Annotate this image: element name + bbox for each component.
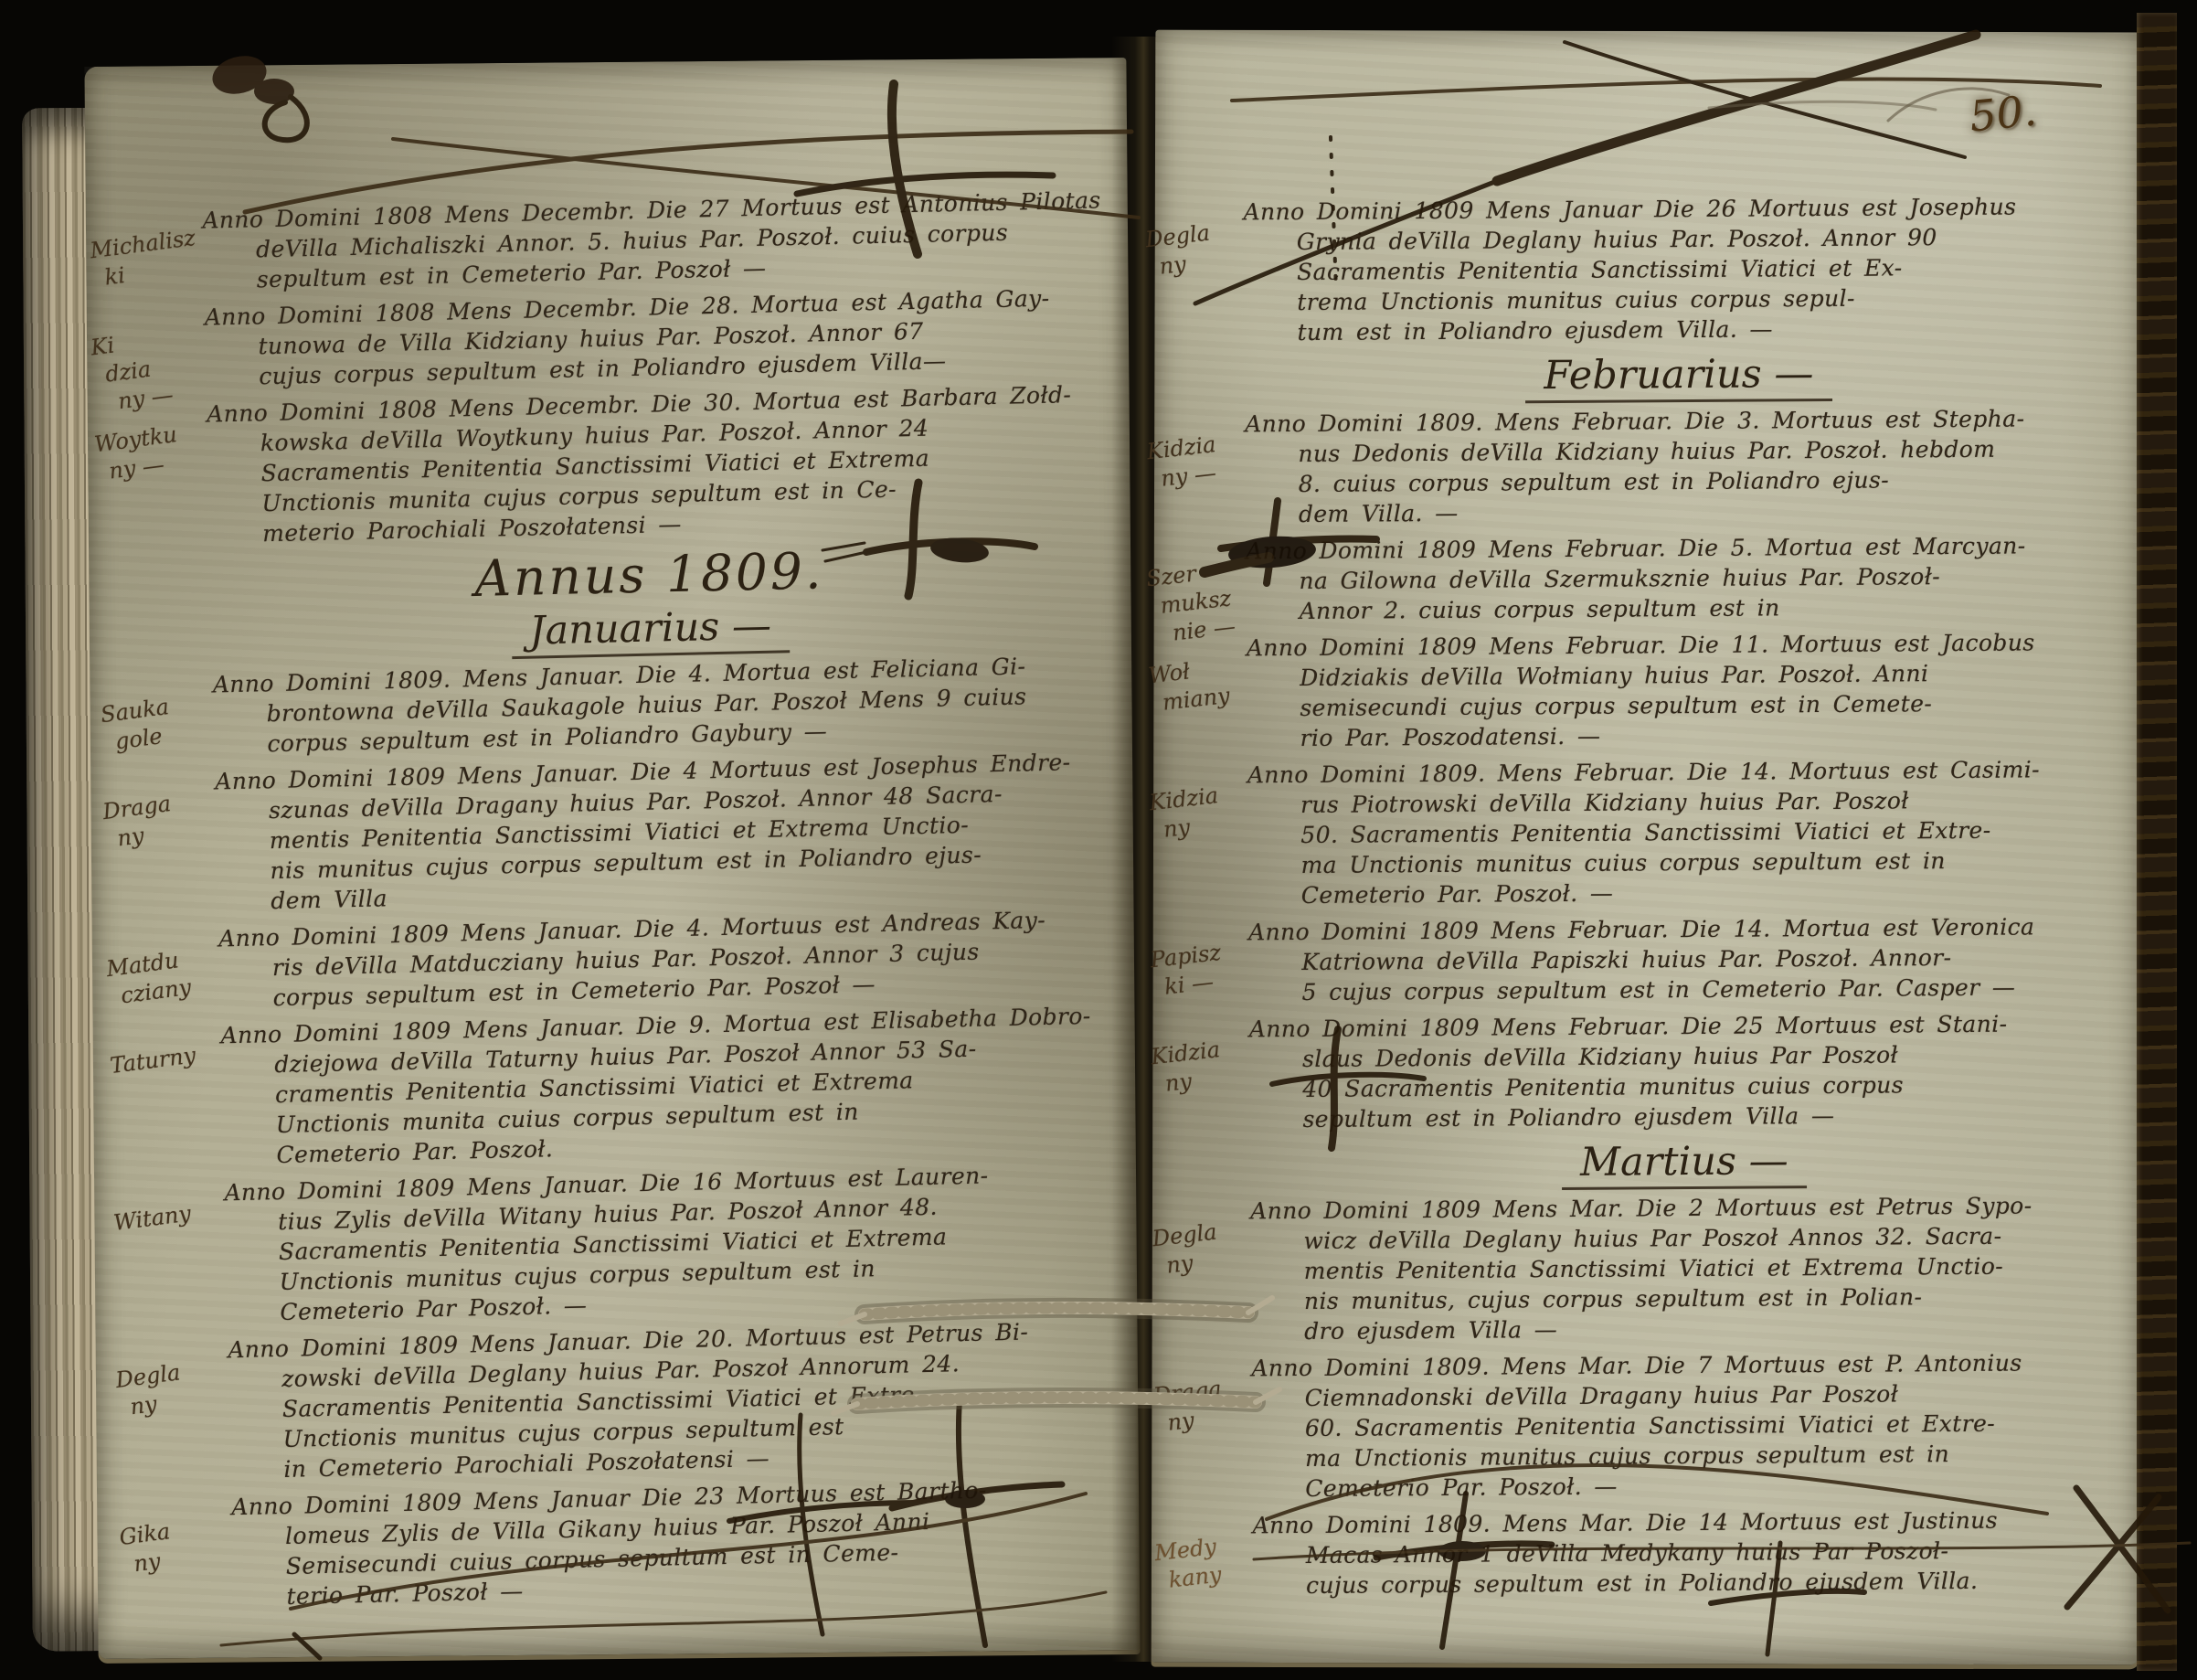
heading-text: Januarius — xyxy=(511,602,791,659)
entry-line: Anno Domini 1809. Mens Mar. Die 7 Mortuu… xyxy=(1251,1347,2119,1384)
margin-village-note: Wołmiany xyxy=(1147,653,1242,719)
entry-line: tum est in Poliandro ejusdem Villa. — xyxy=(1244,312,2112,348)
margin-village-note: Dragany xyxy=(1152,1373,1247,1440)
burial-entry: DeglanyAnno Domini 1809 Mens Januar. Die… xyxy=(228,1315,1108,1486)
entry-line: Anno Domini 1809 Mens Februar. Die 14. M… xyxy=(1248,911,2117,948)
burial-entry: DeglanyAnno Domini 1809 Mens Mar. Die 2 … xyxy=(1250,1190,2119,1347)
margin-village-note: Szermuksznie — xyxy=(1145,556,1244,650)
burial-entry: KidzianyAnno Domini 1809. Mens Februar. … xyxy=(1247,754,2117,911)
entry-line: rio Par. Poszodatensi. — xyxy=(1247,718,2115,754)
entry-line: Anno Domini 1809 Mens Februar. Die 25 Mo… xyxy=(1249,1008,2117,1045)
margin-village-note: Kidziany xyxy=(1150,1034,1245,1101)
month-heading: Februarius — xyxy=(1245,348,2113,402)
burial-entry: WołmianyAnno Domini 1809 Mens Februar. D… xyxy=(1247,627,2116,754)
burial-entry: MichaliszkiAnno Domini 1808 Mens Decembr… xyxy=(202,186,1081,296)
burial-entry: DeglanyAnno Domini 1809 Mens Januar Die … xyxy=(1243,191,2112,348)
margin-village-note: Witany xyxy=(112,1196,219,1238)
burial-entry: MatduczianyAnno Domini 1809 Mens Januar.… xyxy=(218,904,1098,1015)
margin-note-segment: Witany xyxy=(112,1196,219,1238)
margin-village-note: Michaliszki xyxy=(89,224,199,293)
margin-village-note: Woytkuny — xyxy=(93,418,204,487)
margin-village-note: Saukagole xyxy=(99,688,209,758)
manuscript-photo: MichaliszkiAnno Domini 1808 Mens Decembr… xyxy=(0,0,2197,1680)
book-cover-edge xyxy=(2137,13,2177,1671)
burial-entry: Kidziany —Anno Domini 1809. Mens Februar… xyxy=(1245,403,2114,530)
burial-entry: TaturnyAnno Domini 1809 Mens Januar. Die… xyxy=(220,1001,1100,1172)
entry-line: 5 cujus corpus sepultum est in Cemeterio… xyxy=(1248,972,2117,1008)
folio-number: 50. xyxy=(1967,85,2038,141)
entry-line: mentis Penitentia Sanctissimi Viatici et… xyxy=(1251,1250,2119,1287)
entry-line: Anno Domini 1809 Mens Februar. Die 5. Mo… xyxy=(1246,530,2114,567)
margin-village-note: Papiszki — xyxy=(1149,937,1244,1004)
entry-line: dem Villa. — xyxy=(1246,494,2114,530)
left-page: MichaliszkiAnno Domini 1808 Mens Decembr… xyxy=(84,58,1140,1659)
entry-line: Anno Domini 1809 Mens Februar. Die 11. M… xyxy=(1247,627,2115,664)
entry-line: dro ejusdem Villa — xyxy=(1251,1311,2119,1347)
entry-line: sepultum est in Poliandro ejusdem Villa … xyxy=(1249,1099,2117,1135)
entry-line: Cemeterio Par. Poszoł. — xyxy=(1248,875,2117,911)
margin-village-note: Gikany xyxy=(118,1511,228,1580)
burial-entry: GikanyAnno Domini 1809 Mens Januar Die 2… xyxy=(231,1473,1111,1613)
burial-entry: Papiszki —Anno Domini 1809 Mens Februar.… xyxy=(1248,911,2117,1008)
burial-entry: MedykanyAnno Domini 1809. Mens Mar. Die … xyxy=(1253,1505,2122,1601)
margin-village-note: Deglany xyxy=(1151,1216,1246,1282)
entry-line: nus Dedonis deVilla Kidziany huius Par. … xyxy=(1245,433,2113,470)
burial-entry: Szermuksznie —Anno Domini 1809 Mens Febr… xyxy=(1246,530,2115,627)
entry-line: Anno Domini 1809. Mens Februar. Die 14. … xyxy=(1247,754,2116,791)
margin-village-note: Deglany xyxy=(114,1354,225,1423)
burial-entry: DraganyAnno Domini 1809. Mens Mar. Die 7… xyxy=(1251,1347,2120,1505)
burial-entry: KidzianyAnno Domini 1809 Mens Februar. D… xyxy=(1249,1008,2118,1135)
entry-line: Annor 2. cuius corpus sepultum est in xyxy=(1247,590,2115,627)
heading-text: Martius — xyxy=(1562,1138,1807,1190)
entry-line: cujus corpus sepultum est in Poliandro e… xyxy=(1253,1565,2121,1601)
burial-entry: Kidziany —Anno Domini 1808 Mens Decembr.… xyxy=(204,282,1083,393)
left-page-text: MichaliszkiAnno Domini 1808 Mens Decembr… xyxy=(202,186,1111,1619)
margin-village-note: Deglany xyxy=(1144,217,1239,283)
entry-line: 50. Sacramentis Penitentia Sanctissimi V… xyxy=(1247,814,2116,851)
entry-line: Cemeterio Par. Poszoł. — xyxy=(1252,1468,2120,1505)
heading-text: Februarius — xyxy=(1525,351,1831,403)
burial-entry: Woytkuny —Anno Domini 1808 Mens Decembr.… xyxy=(207,379,1087,550)
entry-line: Anno Domini 1809. Mens Mar. Die 14 Mortu… xyxy=(1253,1505,2121,1541)
margin-village-note: Taturny xyxy=(109,1039,216,1080)
margin-village-note: Dragany xyxy=(101,785,212,855)
margin-village-note: Kidziany xyxy=(1148,780,1243,846)
margin-village-note: Matducziany xyxy=(105,942,216,1012)
margin-note-segment: Taturny xyxy=(109,1039,216,1080)
right-page: 50. DeglanyAnno Domini 1809 Mens Januar … xyxy=(1152,30,2145,1665)
margin-village-note: Kidziany — xyxy=(1145,429,1240,495)
month-heading: Martius — xyxy=(1250,1135,2118,1189)
heading-text: Annus 1809. xyxy=(474,541,825,608)
burial-entry: SaukagoleAnno Domini 1809. Mens Januar. … xyxy=(213,650,1092,760)
margin-village-note: Medykany xyxy=(1153,1530,1248,1597)
burial-entry: DraganyAnno Domini 1809 Mens Januar. Die… xyxy=(215,747,1095,918)
entry-line: 60. Sacramentis Penitentia Sanctissimi V… xyxy=(1252,1408,2120,1444)
margin-village-note: Kidziany — xyxy=(90,321,204,419)
entry-line: Anno Domini 1809 Mens Januar Die 26 Mort… xyxy=(1243,191,2111,228)
right-page-text: DeglanyAnno Domini 1809 Mens Januar Die … xyxy=(1243,191,2121,1608)
burial-entry: WitanyAnno Domini 1809 Mens Januar. Die … xyxy=(224,1158,1104,1329)
